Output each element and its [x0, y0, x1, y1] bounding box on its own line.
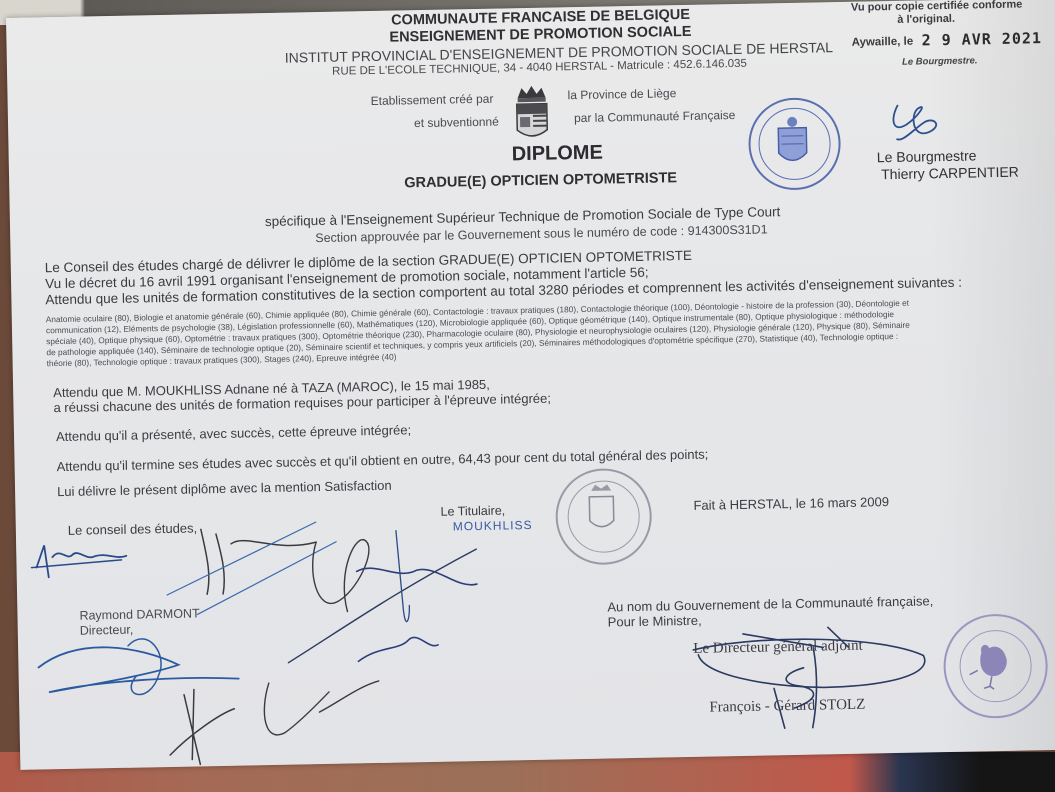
created-by-label: Etablissement créé par	[371, 92, 494, 108]
diploma-title: DIPLOME	[511, 142, 603, 167]
created-by-value: la Province de Liège	[567, 86, 676, 102]
certification-role-italic: Le Bourgmestre.	[902, 55, 978, 67]
council-signatures	[16, 506, 641, 778]
recital-award: Lui délivre le présent diplôme avec la m…	[57, 478, 392, 499]
government-line: Au nom du Gouvernement de la Communauté …	[607, 593, 933, 614]
certification-place: Aywaille, le	[852, 36, 914, 49]
mayor-role: Le Bourgmestre	[877, 147, 977, 165]
funded-value: par la Communauté Française	[574, 108, 736, 125]
degree-title: GRADUE(E) OPTICIEN OPTOMETRISTE	[404, 170, 677, 191]
diploma-document: COMMUNAUTE FRANCAISE DE BELGIQUE ENSEIGN…	[6, 0, 1055, 770]
coat-of-arms-icon	[512, 86, 551, 143]
aywaille-seal	[748, 97, 842, 191]
recital-presented: Attendu qu'il a présenté, avec succès, c…	[56, 422, 411, 444]
deputy-director-signature	[683, 625, 965, 730]
funded-label: et subventionné	[414, 115, 499, 131]
certification-date-stamp: 2 9 AVR 2021	[921, 29, 1042, 49]
place-date: Fait à HERSTAL, le 16 mars 2009	[693, 494, 889, 513]
mayor-signature	[888, 98, 949, 149]
mayor-name: Thierry CARPENTIER	[881, 164, 1019, 183]
